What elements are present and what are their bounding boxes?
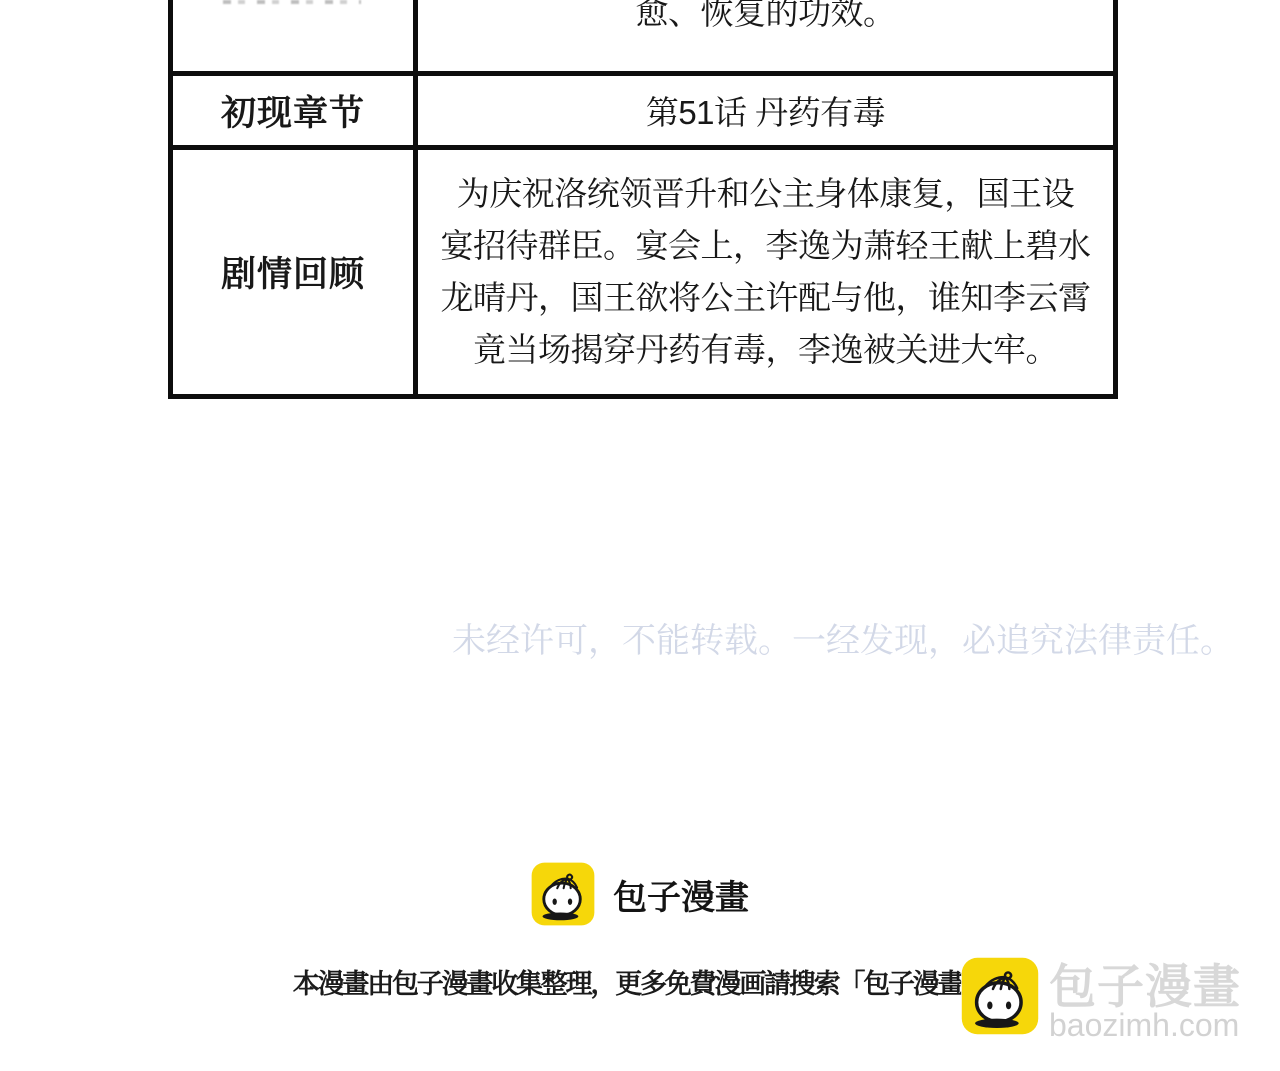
corner-domain: baozimh.com <box>1049 1010 1241 1040</box>
table-value-effect: 愈、恢复的功效。 <box>418 0 1113 76</box>
recap-line: 宴招待群臣。宴会上，李逸为萧轻王献上碧水 <box>418 220 1113 272</box>
baozi-bun-logo-icon <box>961 956 1039 1036</box>
table-value-recap: 为庆祝洛统领晋升和公主身体康复，国王设 宴招待群臣。宴会上，李逸为萧轻王献上碧水… <box>418 150 1113 394</box>
brand-center: 包子漫畫 <box>531 861 749 927</box>
corner-watermark: 包子漫畫 baozimh.com <box>961 956 1280 1054</box>
recap-line: 龙晴丹，国王欲将公主许配与他，谁知李云霄 <box>418 272 1113 324</box>
clipped-label-remnant <box>223 0 361 4</box>
baozi-bun-logo-icon <box>531 861 595 927</box>
brand-site-name: 包子漫畫 <box>613 870 749 919</box>
table-label-cell-clipped <box>173 0 418 76</box>
corner-watermark-text: 包子漫畫 baozimh.com <box>1049 964 1241 1040</box>
corner-site-name: 包子漫畫 <box>1049 964 1241 1010</box>
manga-info-table: 愈、恢复的功效。 初现章节 第51话 丹药有毒 剧情回顾 为庆祝洛统领晋升和公主… <box>168 0 1118 399</box>
recap-line: 竟当场揭穿丹药有毒，李逸被关进大牢。 <box>418 324 1113 376</box>
recap-paragraph: 为庆祝洛统领晋升和公主身体康复，国王设 宴招待群臣。宴会上，李逸为萧轻王献上碧水… <box>418 168 1113 376</box>
copyright-notice-watermark: 未经许可，不能转载。一经发现，必追究法律责任。 <box>452 613 1234 662</box>
table-label-chapter: 初现章节 <box>173 76 418 150</box>
recap-line: 为庆祝洛统领晋升和公主身体康复，国王设 <box>418 168 1113 220</box>
effect-text: 愈、恢复的功效。 <box>636 0 896 33</box>
footer-note: 本漫畫由包子漫畫收集整理，更多免費漫画請搜索「包子漫畫」 <box>293 962 987 1001</box>
table-value-chapter: 第51话 丹药有毒 <box>418 76 1113 150</box>
table-label-recap: 剧情回顾 <box>173 150 418 394</box>
